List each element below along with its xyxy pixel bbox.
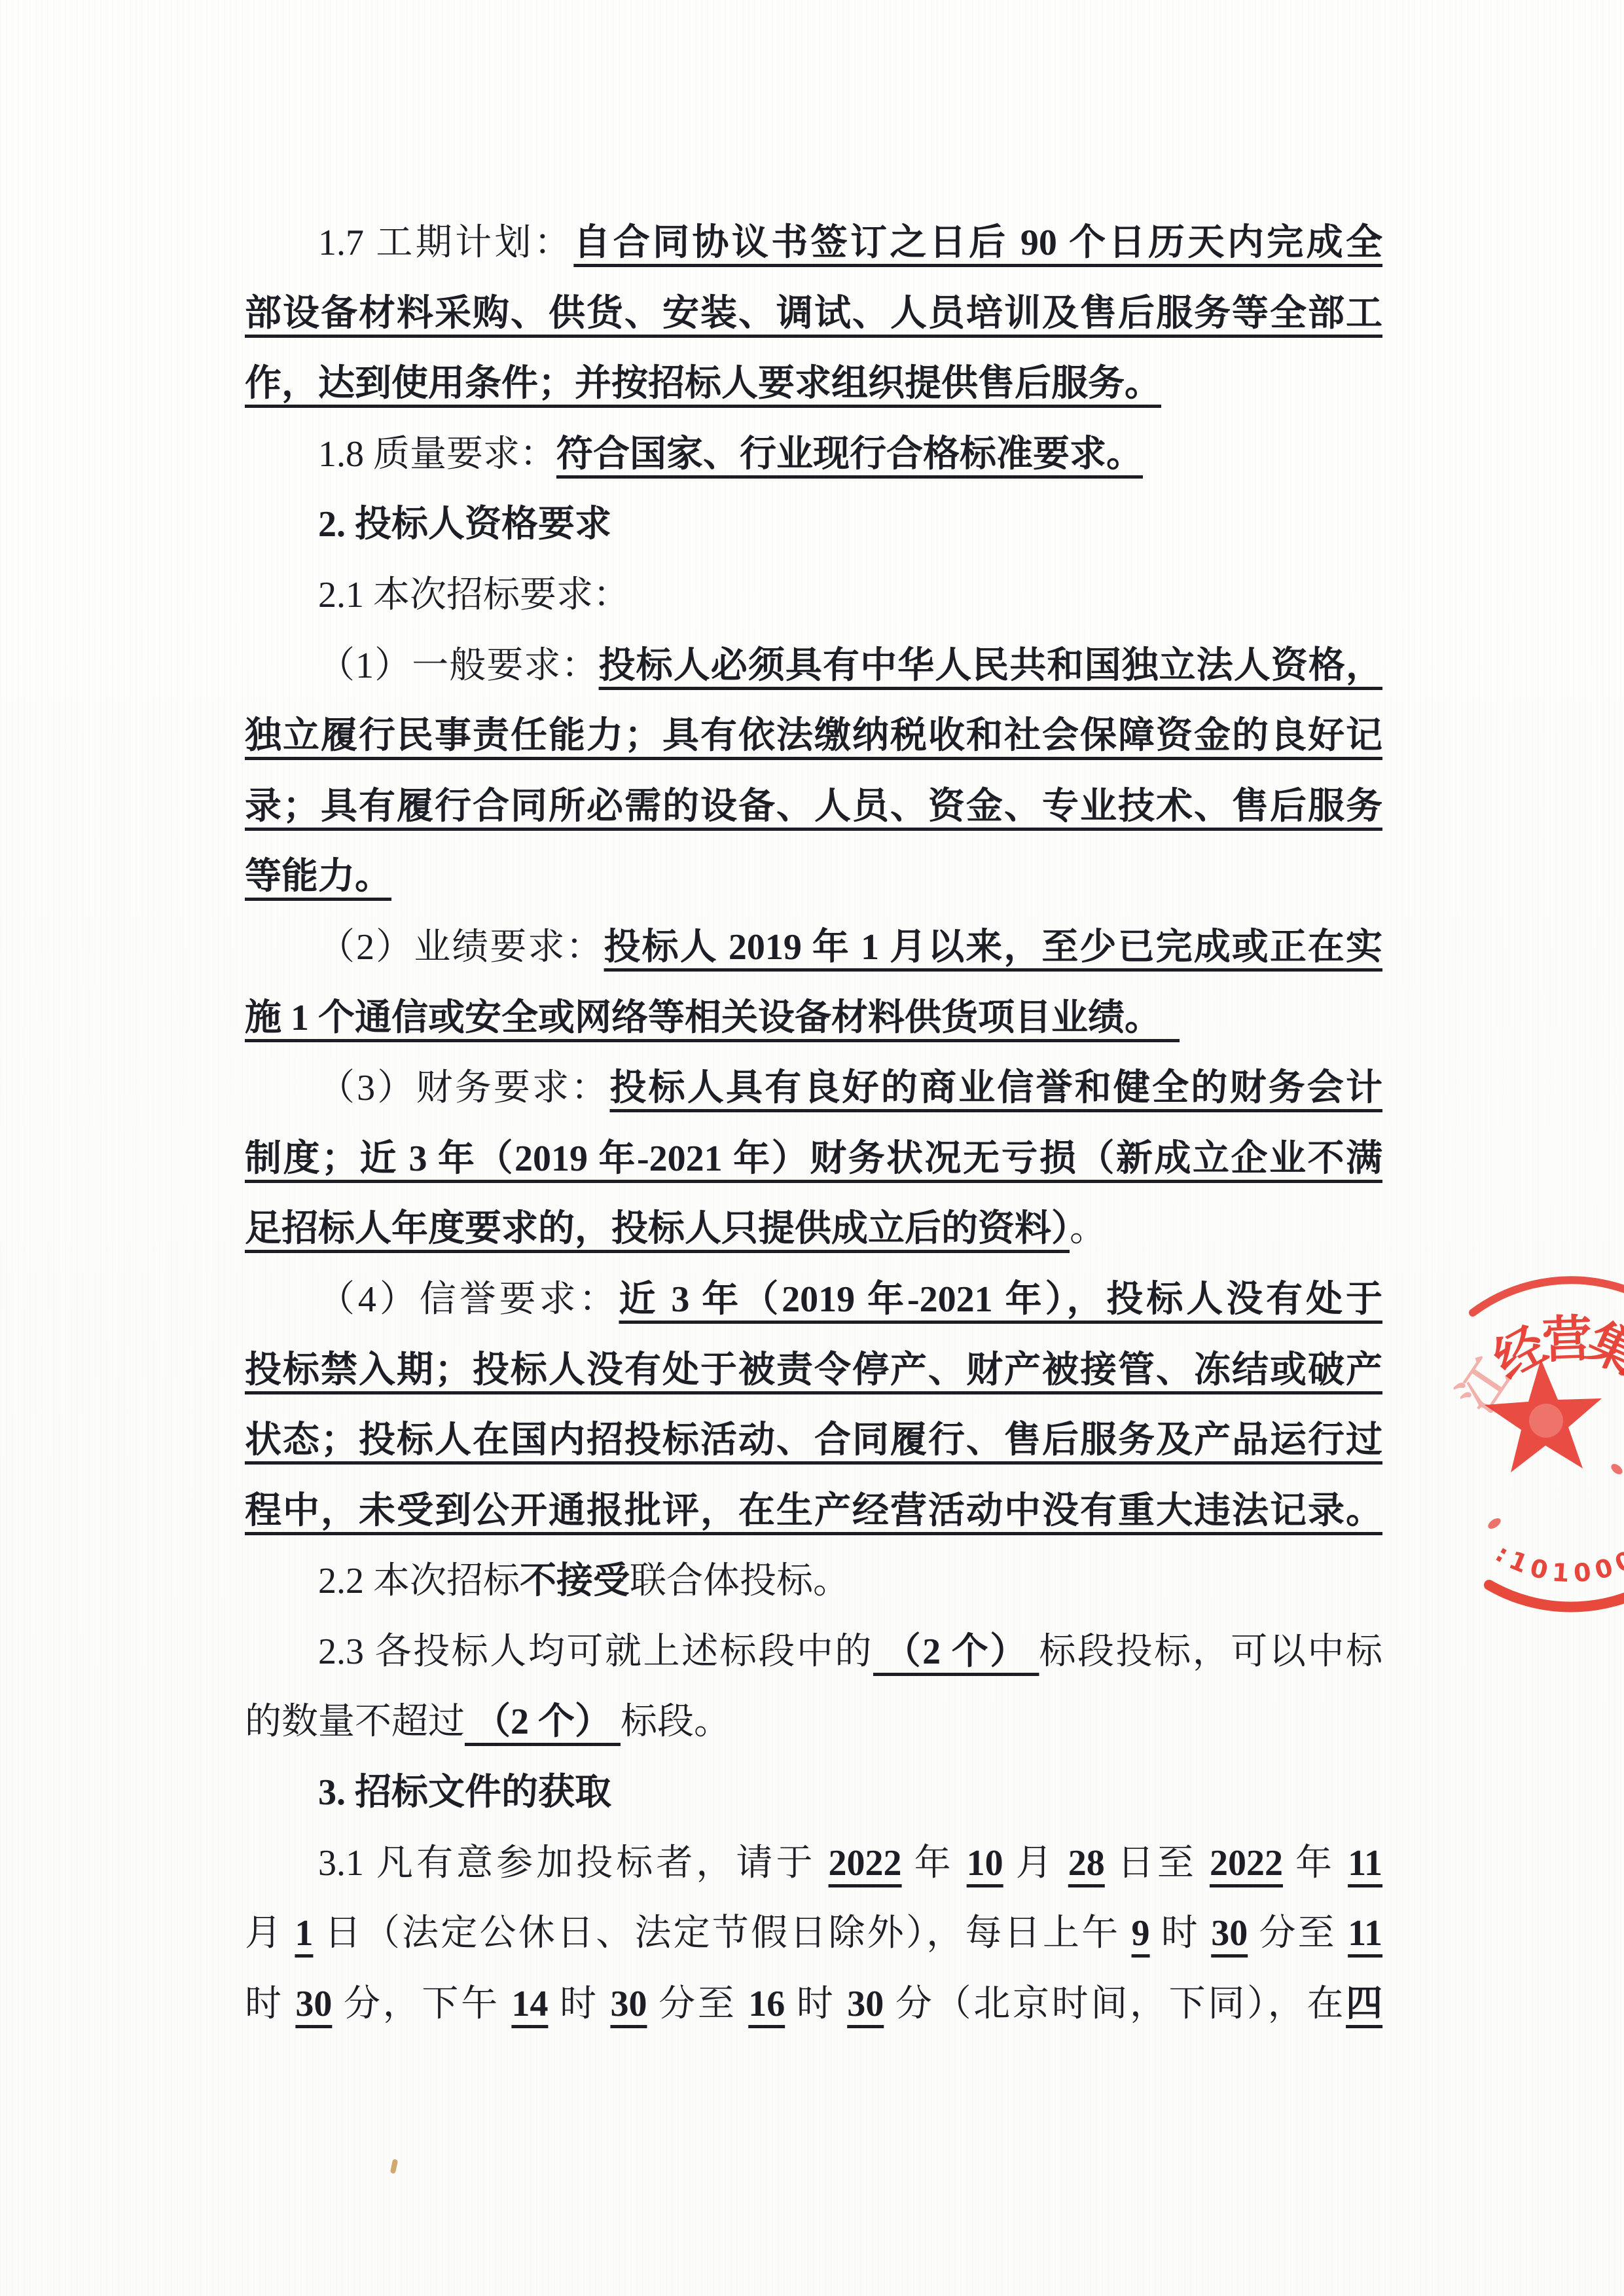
text-run: 11 [1348, 1913, 1382, 1954]
seal-ring-bottom-arc [1489, 1585, 1624, 1607]
text-line: 2.2 本次招标不接受联合体投标。 [245, 1546, 1382, 1617]
text-run: 时 [245, 1984, 295, 2024]
text-run: 符合国家、行业现行合格标准要求。 [556, 434, 1143, 475]
text-line: 程中，未受到公开通报批评，在生产经营活动中没有重大违法记录。 [245, 1476, 1382, 1547]
text-run: 16 [748, 1984, 785, 2024]
text-line: 3. 招标文件的获取 [245, 1758, 1382, 1829]
text-run: 28 [1068, 1843, 1105, 1884]
text-run: 。 [1070, 1209, 1106, 1249]
text-run: 自合同协议书签订之日后 90 个日历天内完成全 [573, 223, 1382, 263]
document-page: 1.7 工期计划：自合同协议书签订之日后 90 个日历天内完成全部设备材料采购、… [0, 0, 1624, 2296]
text-line: （1）一般要求：投标人必须具有中华人民共和国独立法人资格， [245, 631, 1382, 702]
text-run: 四 [1346, 1984, 1382, 2024]
text-run: 14 [511, 1984, 548, 2024]
text-run: 分，下午 [332, 1984, 511, 2024]
text-run: 状态；投标人在国内招投标活动、合同履行、售后服务及产品运行过 [245, 1420, 1382, 1461]
text-run: 投标人 2019 年 1 月以来，至少已完成或正在实 [604, 927, 1382, 968]
text-run: 30 [610, 1984, 647, 2024]
text-run: 分至 [647, 1984, 748, 2024]
text-run: 2.3 各投标人均可就上述标段中的 [318, 1631, 873, 1672]
text-run: 年 [1283, 1843, 1348, 1884]
text-run: （1）一般要求： [318, 646, 599, 686]
text-run: 1.8 质量要求： [318, 434, 556, 475]
text-run: 月 [1003, 1843, 1068, 1884]
document-body: 1.7 工期计划：自合同协议书签订之日后 90 个日历天内完成全部设备材料采购、… [245, 208, 1382, 2039]
paper-speck [390, 2159, 398, 2174]
text-line: 部设备材料采购、供货、安装、调试、人员培训及售后服务等全部工 [245, 279, 1382, 350]
text-run: 2.1 本次招标要求： [318, 575, 630, 615]
text-line: （3）财务要求：投标人具有良好的商业信誉和健全的财务会计 [245, 1053, 1382, 1124]
text-run: 录；具有履行合同所必需的设备、人员、资金、专业技术、售后服务 [245, 786, 1382, 827]
text-run: 投标人必须具有中华人民共和国独立法人资格， [599, 646, 1382, 686]
text-line: 的数量不超过 （2 个） 标段。 [245, 1687, 1382, 1758]
text-run [1143, 998, 1180, 1038]
text-line: 1.8 质量要求：符合国家、行业现行合格标准要求。 [245, 420, 1382, 490]
text-run: 30 [1211, 1913, 1248, 1954]
text-line: （4）信誉要求：近 3 年（2019 年-2021 年），投标人没有处于 [245, 1265, 1382, 1336]
text-run: 足招标人年度要求的，投标人只提供成立后的资料） [245, 1209, 1070, 1249]
text-run: （3）财务要求： [318, 1068, 609, 1108]
text-run: 3.1 凡有意参加投标者，请于 [318, 1843, 829, 1884]
text-run: 2022 [1210, 1843, 1283, 1884]
text-run: 时 [1150, 1913, 1212, 1954]
text-line: 投标禁入期；投标人没有处于被责令停产、财产被接管、冻结或破产 [245, 1336, 1382, 1406]
text-line: 等能力。 [245, 842, 1382, 913]
text-line: 足招标人年度要求的，投标人只提供成立后的资料）。 [245, 1194, 1382, 1265]
text-run: 的数量不超过 [245, 1702, 465, 1742]
text-run: 30 [295, 1984, 332, 2024]
text-line: 2.3 各投标人均可就上述标段中的 （2 个） 标段投标，可以中标 [245, 1617, 1382, 1688]
text-run: 联合体投标。 [630, 1561, 850, 1601]
text-run: 投标人具有良好的商业信誉和健全的财务会计 [609, 1068, 1382, 1108]
text-line: 状态；投标人在国内招投标活动、合同履行、售后服务及产品运行过 [245, 1406, 1382, 1476]
text-run: 时 [785, 1984, 847, 2024]
text-run: 1 [295, 1913, 313, 1954]
seal-ink-mark [1609, 1462, 1624, 1476]
text-run: 不接受 [520, 1561, 630, 1601]
text-line: 2. 投标人资格要求 [245, 490, 1382, 560]
text-run: 月 [245, 1913, 295, 1954]
text-run: （2 个） [465, 1702, 621, 1742]
text-run: 时 [548, 1984, 610, 2024]
text-run: （2 个） [873, 1631, 1039, 1672]
text-run: 3. 招标文件的获取 [318, 1772, 611, 1813]
seal-star-highlight [1529, 1404, 1563, 1438]
text-line: 施 1 个通信或安全或网络等相关设备材料供货项目业绩。 [245, 983, 1382, 1054]
text-line: 2.1 本次招标要求： [245, 560, 1382, 631]
text-run: 年 [902, 1843, 967, 1884]
text-line: （2）业绩要求：投标人 2019 年 1 月以来，至少已完成或正在实 [245, 913, 1382, 983]
text-run: （4）信誉要求： [318, 1279, 619, 1320]
text-run: 分至 [1248, 1913, 1348, 1954]
text-run: 2.2 本次招标 [318, 1561, 520, 1601]
text-run: 1.7 工期计划： [318, 223, 573, 263]
text-run: 等能力。 [245, 856, 391, 897]
text-run: 投标禁入期；投标人没有处于被责令停产、财产被接管、冻结或破产 [245, 1350, 1382, 1391]
text-run: 11 [1348, 1843, 1382, 1884]
text-run: 9 [1132, 1913, 1150, 1954]
text-line: 制度；近 3 年（2019 年-2021 年）财务状况无亏损（新成立企业不满 [245, 1124, 1382, 1195]
text-run: 近 3 年（2019 年-2021 年），投标人没有处于 [619, 1279, 1382, 1320]
text-line: 3.1 凡有意参加投标者，请于 2022 年 10 月 28 日至 2022 年… [245, 1829, 1382, 1899]
text-line: 月 1 日（法定公休日、法定节假日除外），每日上午 9 时 30 分至 11 [245, 1899, 1382, 1969]
text-run: 日（法定公休日、法定节假日除外），每日上午 [313, 1913, 1131, 1954]
text-run: 部设备材料采购、供货、安装、调试、人员培训及售后服务等全部工 [245, 293, 1382, 334]
text-run: 日至 [1105, 1843, 1210, 1884]
text-run: 分（北京时间，下同），在 [884, 1984, 1346, 2024]
text-run: 独立履行民事责任能力；具有依法缴纳税收和社会保障资金的良好记 [245, 716, 1382, 756]
seal-graphics: 江 经 营 集 团 :1010000365 [1449, 1280, 1624, 1607]
text-run: 程中，未受到公开通报批评，在生产经营活动中没有重大违法记录。 [245, 1491, 1382, 1531]
text-run: 标段。 [621, 1702, 731, 1742]
text-run: 2. 投标人资格要求 [318, 504, 611, 545]
company-seal-stamp: 江 经 营 集 团 :1010000365 [1427, 1237, 1624, 1643]
text-line: 时 30 分，下午 14 时 30 分至 16 时 30 分（北京时间，下同），… [245, 1969, 1382, 2040]
text-run: 施 1 个通信或安全或网络等相关设备材料供货项目业绩。 [245, 998, 1143, 1038]
text-run: 30 [847, 1984, 884, 2024]
text-run: （2）业绩要求： [318, 927, 604, 968]
text-run: 10 [967, 1843, 1003, 1884]
text-line: 1.7 工期计划：自合同协议书签订之日后 90 个日历天内完成全 [245, 208, 1382, 279]
text-run: 2022 [829, 1843, 902, 1884]
seal-ink-mark [1487, 1516, 1503, 1531]
text-line: 录；具有履行合同所必需的设备、人员、资金、专业技术、售后服务 [245, 772, 1382, 843]
text-line: 作，达到使用条件；并按招标人要求组织提供售后服务。 [245, 349, 1382, 420]
seal-serial-number: :1010000365 [1490, 1484, 1624, 1588]
text-run: 制度；近 3 年（2019 年-2021 年）财务状况无亏损（新成立企业不满 [245, 1139, 1382, 1179]
text-line: 独立履行民事责任能力；具有依法缴纳税收和社会保障资金的良好记 [245, 701, 1382, 772]
text-run: 作，达到使用条件；并按招标人要求组织提供售后服务。 [245, 363, 1161, 404]
text-run: 标段投标，可以中标 [1039, 1631, 1382, 1672]
